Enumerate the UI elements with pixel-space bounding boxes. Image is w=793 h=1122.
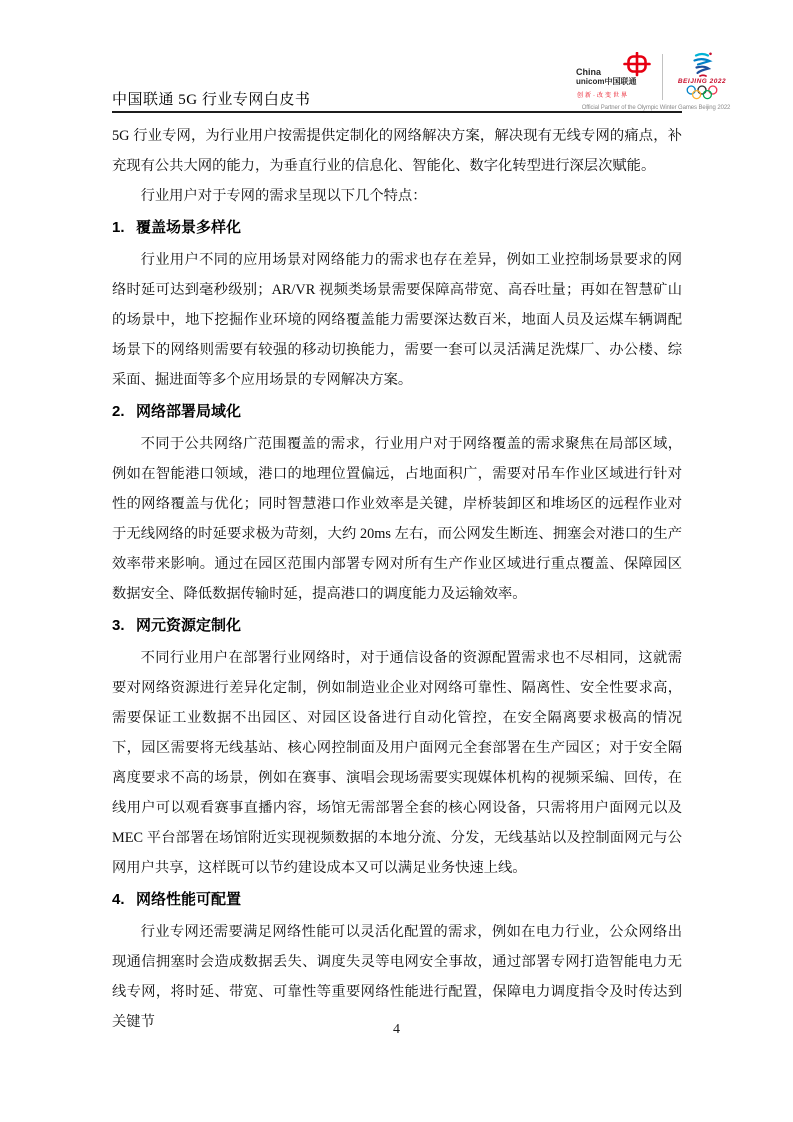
section-heading-text: 网络部署局域化 xyxy=(136,403,241,420)
china-unicom-logo: China unicom中国联通 创新·改变世界 xyxy=(574,52,662,102)
document-header-title: 中国联通 5G 行业专网白皮书 xyxy=(112,88,310,109)
body-paragraph: 行业专网还需要满足网络性能可以灵活化配置的需求，例如在电力行业，公众网络出现通信… xyxy=(112,917,682,1037)
body-paragraph: 行业用户不同的应用场景对网络能力的需求也存在差异，例如工业控制场景要求的网络时延… xyxy=(112,245,682,395)
section-heading: 3.网元资源定制化 xyxy=(112,611,682,641)
unicom-brand-en-line2: unicom中国联通 xyxy=(576,77,636,86)
body-paragraph: 不同于公共网络广范围覆盖的需求，行业用户对于网络覆盖的需求聚焦在局部区域，例如在… xyxy=(112,429,682,609)
section-heading: 4.网络性能可配置 xyxy=(112,885,682,915)
beijing-2022-logo: BEIJING 2022 xyxy=(668,52,736,102)
unicom-tagline: 创新·改变世界 xyxy=(577,90,629,99)
section-heading-number: 3. xyxy=(112,611,136,641)
olympic-partner-caption: Official Partner of the Olympic Winter G… xyxy=(574,105,738,111)
page-number: 4 xyxy=(0,1022,793,1038)
olympic-rings-icon xyxy=(686,85,718,100)
section-heading: 2.网络部署局域化 xyxy=(112,397,682,427)
logo-row: China unicom中国联通 创新·改变世界 BEIJING 2022 xyxy=(574,52,738,102)
header-divider-rule xyxy=(112,111,682,113)
section-heading-text: 网元资源定制化 xyxy=(136,617,241,634)
section-heading-text: 网络性能可配置 xyxy=(136,891,241,908)
section-heading-number: 1. xyxy=(112,213,136,243)
section-heading-number: 2. xyxy=(112,397,136,427)
body-paragraph: 不同行业用户在部署行业网络时，对于通信设备的资源配置需求也不尽相同，这就需要对网… xyxy=(112,643,682,883)
section-heading-number: 4. xyxy=(112,885,136,915)
beijing-2022-emblem-icon xyxy=(690,52,714,78)
unicom-brand-en-line1: China xyxy=(576,68,601,77)
body-paragraph: 5G 行业专网，为行业用户按需提供定制化的网络解决方案，解决现有无线专网的痛点，… xyxy=(112,121,682,181)
unicom-knot-icon xyxy=(622,52,652,77)
body-paragraph: 行业用户对于专网的需求呈现以下几个特点： xyxy=(112,181,682,211)
logo-divider-line xyxy=(662,54,663,100)
section-heading-text: 覆盖场景多样化 xyxy=(136,219,241,236)
section-heading: 1.覆盖场景多样化 xyxy=(112,213,682,243)
document-page: 中国联通 5G 行业专网白皮书 China unicom中国联通 创新·改变世界 xyxy=(0,0,793,1122)
beijing-2022-label: BEIJING 2022 xyxy=(668,78,736,85)
header-logo-lockup: China unicom中国联通 创新·改变世界 BEIJING 2022 xyxy=(574,52,738,111)
document-body: 5G 行业专网，为行业用户按需提供定制化的网络解决方案，解决现有无线专网的痛点，… xyxy=(112,121,682,1037)
